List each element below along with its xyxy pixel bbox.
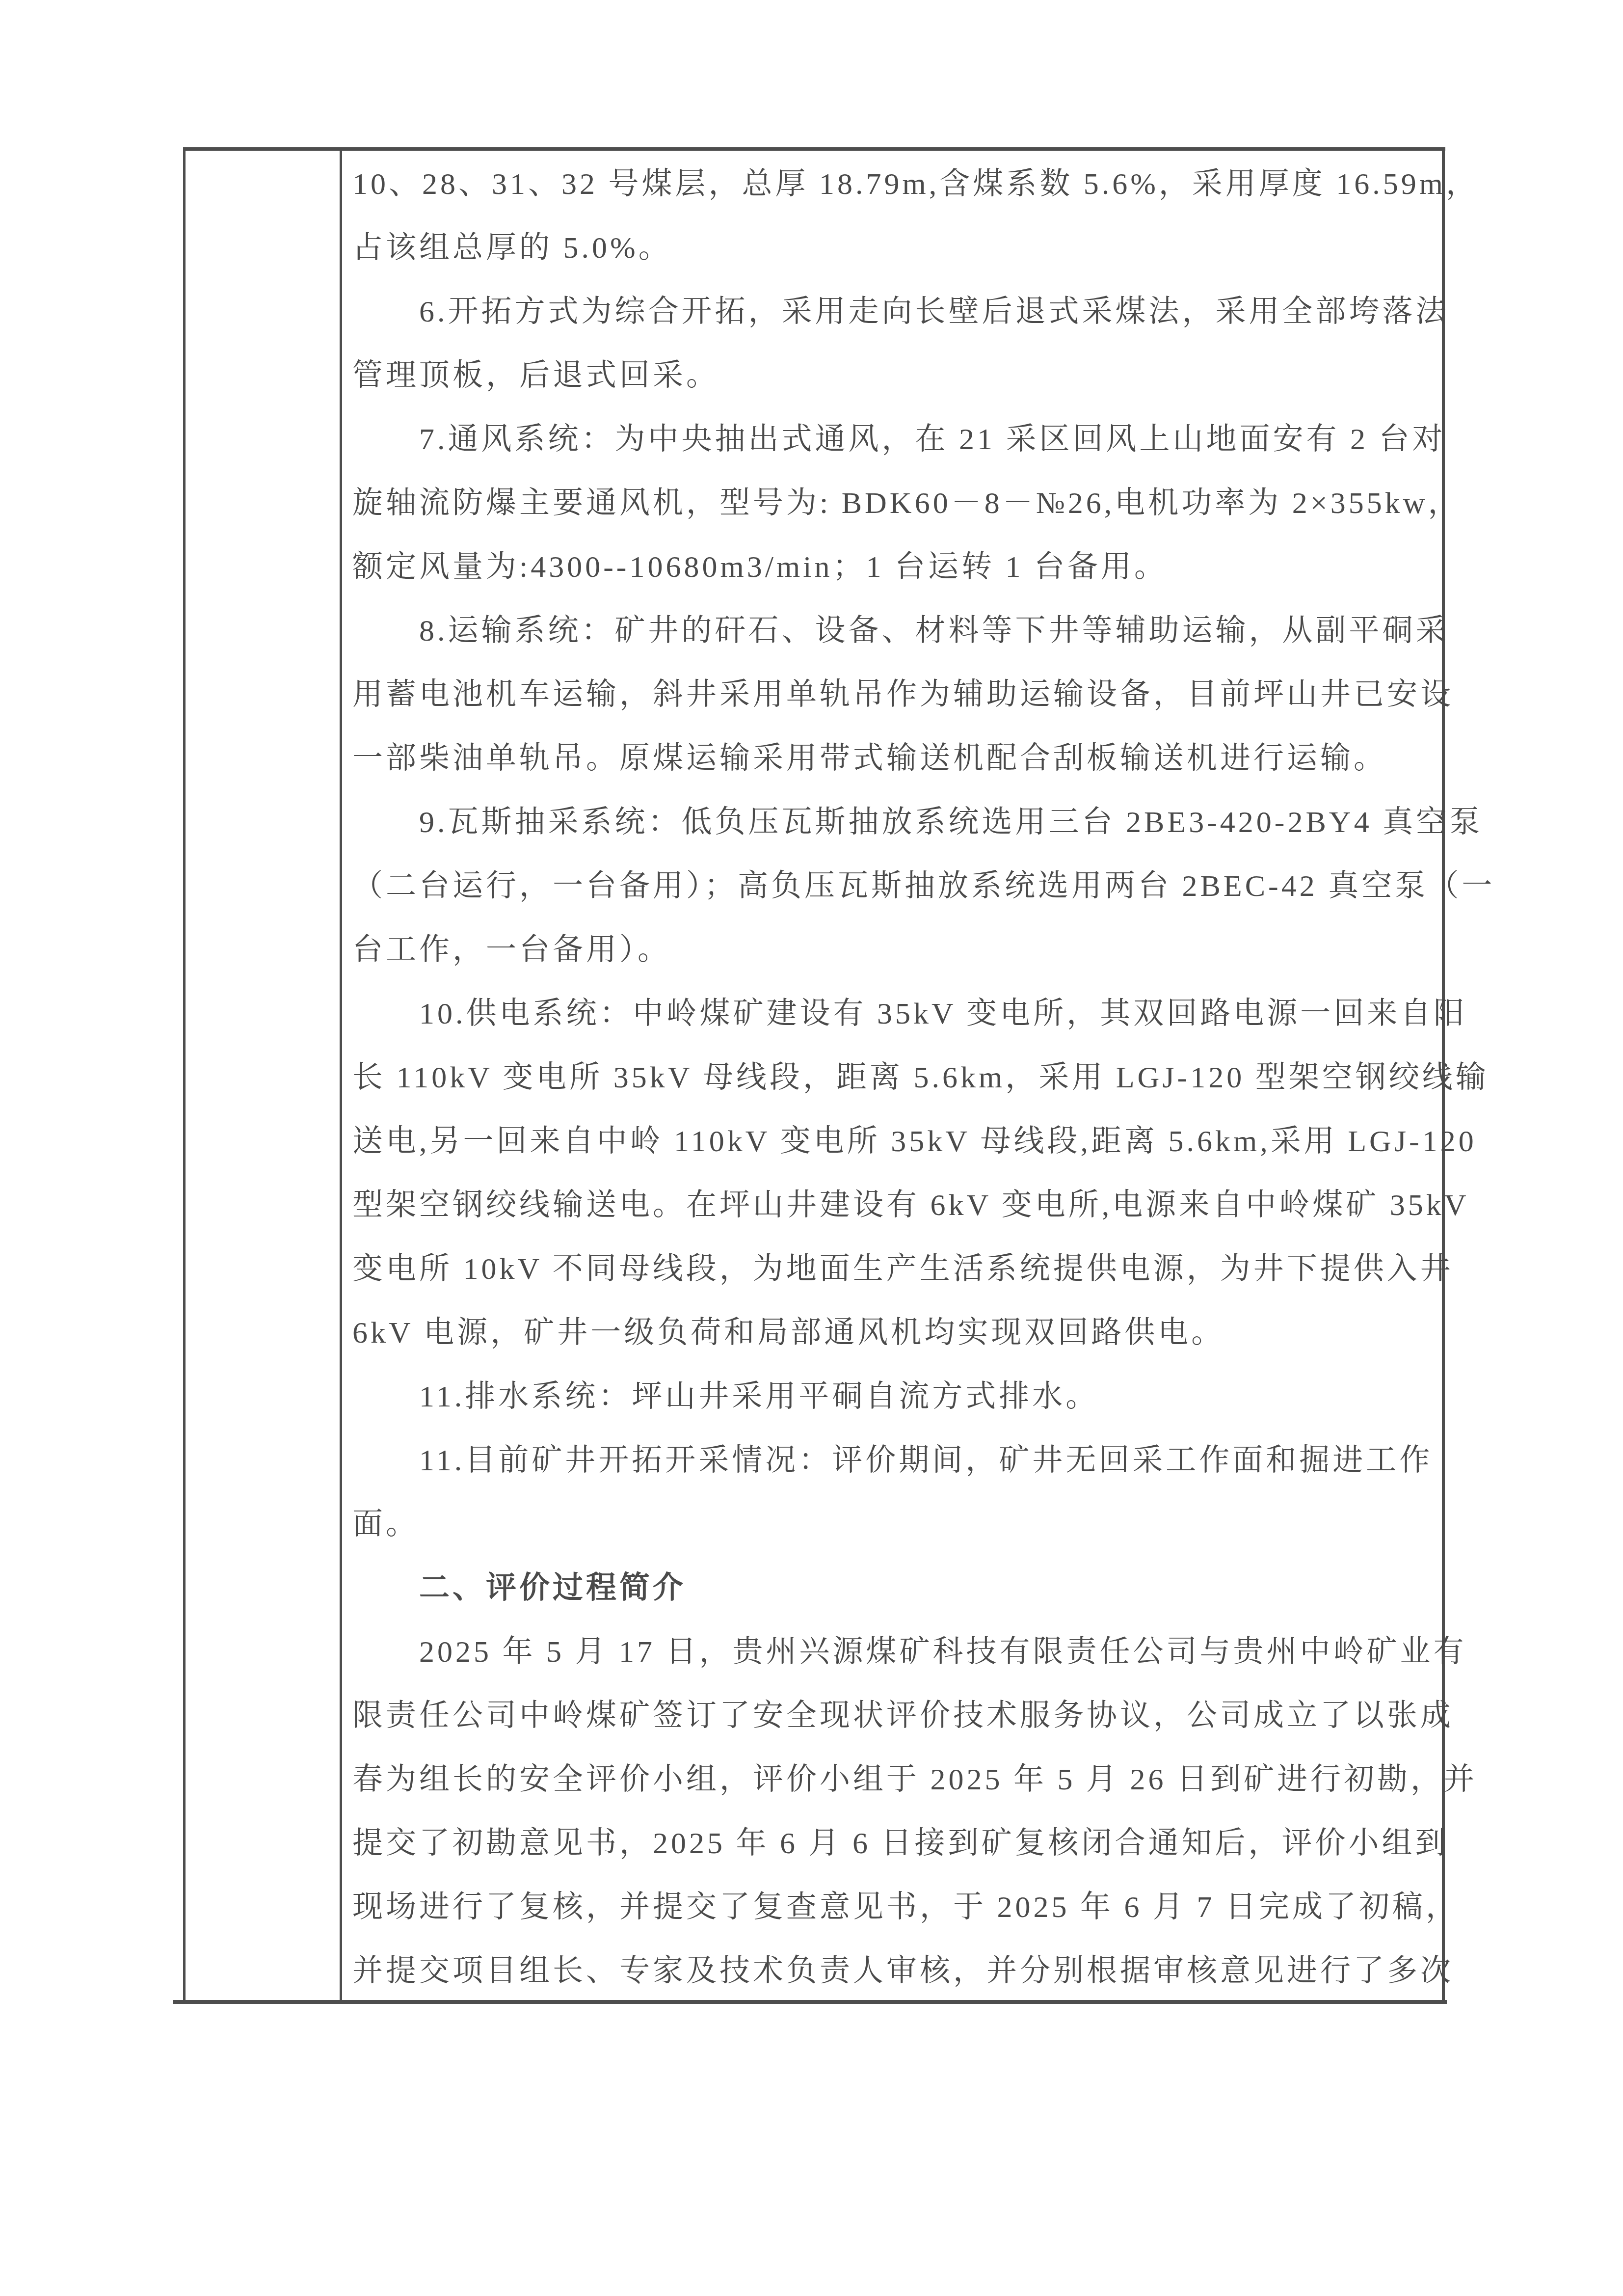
text-line: 型架空钢绞线输送电。在坪山井建设有 6kV 变电所,电源来自中岭煤矿 35kV	[352, 1173, 1435, 1237]
text-line: 10.供电系统：中岭煤矿建设有 35kV 变电所，其双回路电源一回来自阳	[352, 982, 1435, 1046]
text-line: 占该组总厚的 5.0%。	[352, 216, 1435, 280]
text-line: 7.通风系统：为中央抽出式通风，在 21 采区回风上山地面安有 2 台对	[352, 407, 1435, 471]
text-line: 额定风量为:4300--10680m3/min；1 台运转 1 台备用。	[352, 535, 1435, 599]
text-line: 面。	[352, 1492, 1435, 1556]
text-line: 一部柴油单轨吊。原煤运输采用带式输送机配合刮板输送机进行运输。	[352, 727, 1435, 790]
text-line: 长 110kV 变电所 35kV 母线段，距离 5.6km，采用 LGJ-120…	[352, 1046, 1435, 1109]
text-line: 旋轴流防爆主要通风机，型号为: BDK60－8－№26,电机功率为 2×355k…	[352, 471, 1435, 535]
text-line: 春为组长的安全评价小组，评价小组于 2025 年 5 月 26 日到矿进行初勘，…	[352, 1748, 1435, 1811]
text-line: 2025 年 5 月 17 日，贵州兴源煤矿科技有限责任公司与贵州中岭矿业有	[352, 1620, 1435, 1684]
text-line: 台工作，一台备用）。	[352, 918, 1435, 982]
section-heading: 二、评价过程简介	[352, 1556, 1435, 1620]
text-line: 9.瓦斯抽采系统：低负压瓦斯抽放系统选用三台 2BE3-420-2BY4 真空泵	[352, 790, 1435, 854]
text-line: 限责任公司中岭煤矿签订了安全现状评价技术服务协议，公司成立了以张成	[352, 1684, 1435, 1748]
table-border-top	[183, 147, 1445, 151]
text-line: 变电所 10kV 不同母线段，为地面生产生活系统提供电源，为井下提供入井	[352, 1237, 1435, 1301]
text-line: （二台运行，一台备用）；高负压瓦斯抽放系统选用两台 2BEC-42 真空泵（一	[352, 854, 1435, 918]
text-line: 11.排水系统：坪山井采用平硐自流方式排水。	[352, 1365, 1435, 1429]
table-column-divider	[340, 147, 342, 2004]
text-line: 11.目前矿井开拓开采情况：评价期间，矿井无回采工作面和掘进工作	[352, 1429, 1435, 1492]
text-line: 8.运输系统：矿井的矸石、设备、材料等下井等辅助运输，从副平硐采	[352, 599, 1435, 663]
text-line: 用蓄电池机车运输，斜井采用单轨吊作为辅助运输设备，目前坪山井已安设	[352, 663, 1435, 727]
text-line: 提交了初勘意见书，2025 年 6 月 6 日接到矿复核闭合通知后，评价小组到	[352, 1811, 1435, 1875]
table-cell-body-text: 10、28、31、32 号煤层，总厚 18.79m,含煤系数 5.6%，采用厚度…	[352, 152, 1435, 2003]
text-line: 送电,另一回来自中岭 110kV 变电所 35kV 母线段,距离 5.6km,采…	[352, 1109, 1435, 1173]
table-cell-label-column-empty	[186, 151, 340, 2000]
text-line: 6kV 电源，矿井一级负荷和局部通风机均实现双回路供电。	[352, 1301, 1435, 1365]
text-line: 管理顶板，后退式回采。	[352, 344, 1435, 407]
text-line: 10、28、31、32 号煤层，总厚 18.79m,含煤系数 5.6%，采用厚度…	[352, 152, 1435, 216]
text-line: 6.开拓方式为综合开拓，采用走向长壁后退式采煤法，采用全部垮落法	[352, 280, 1435, 344]
scanned-document-page: 10、28、31、32 号煤层，总厚 18.79m,含煤系数 5.6%，采用厚度…	[0, 0, 1623, 2296]
text-line: 并提交项目组长、专家及技术负责人审核，并分别根据审核意见进行了多次	[352, 1939, 1435, 2003]
text-line: 现场进行了复核，并提交了复查意见书，于 2025 年 6 月 7 日完成了初稿，	[352, 1875, 1435, 1939]
